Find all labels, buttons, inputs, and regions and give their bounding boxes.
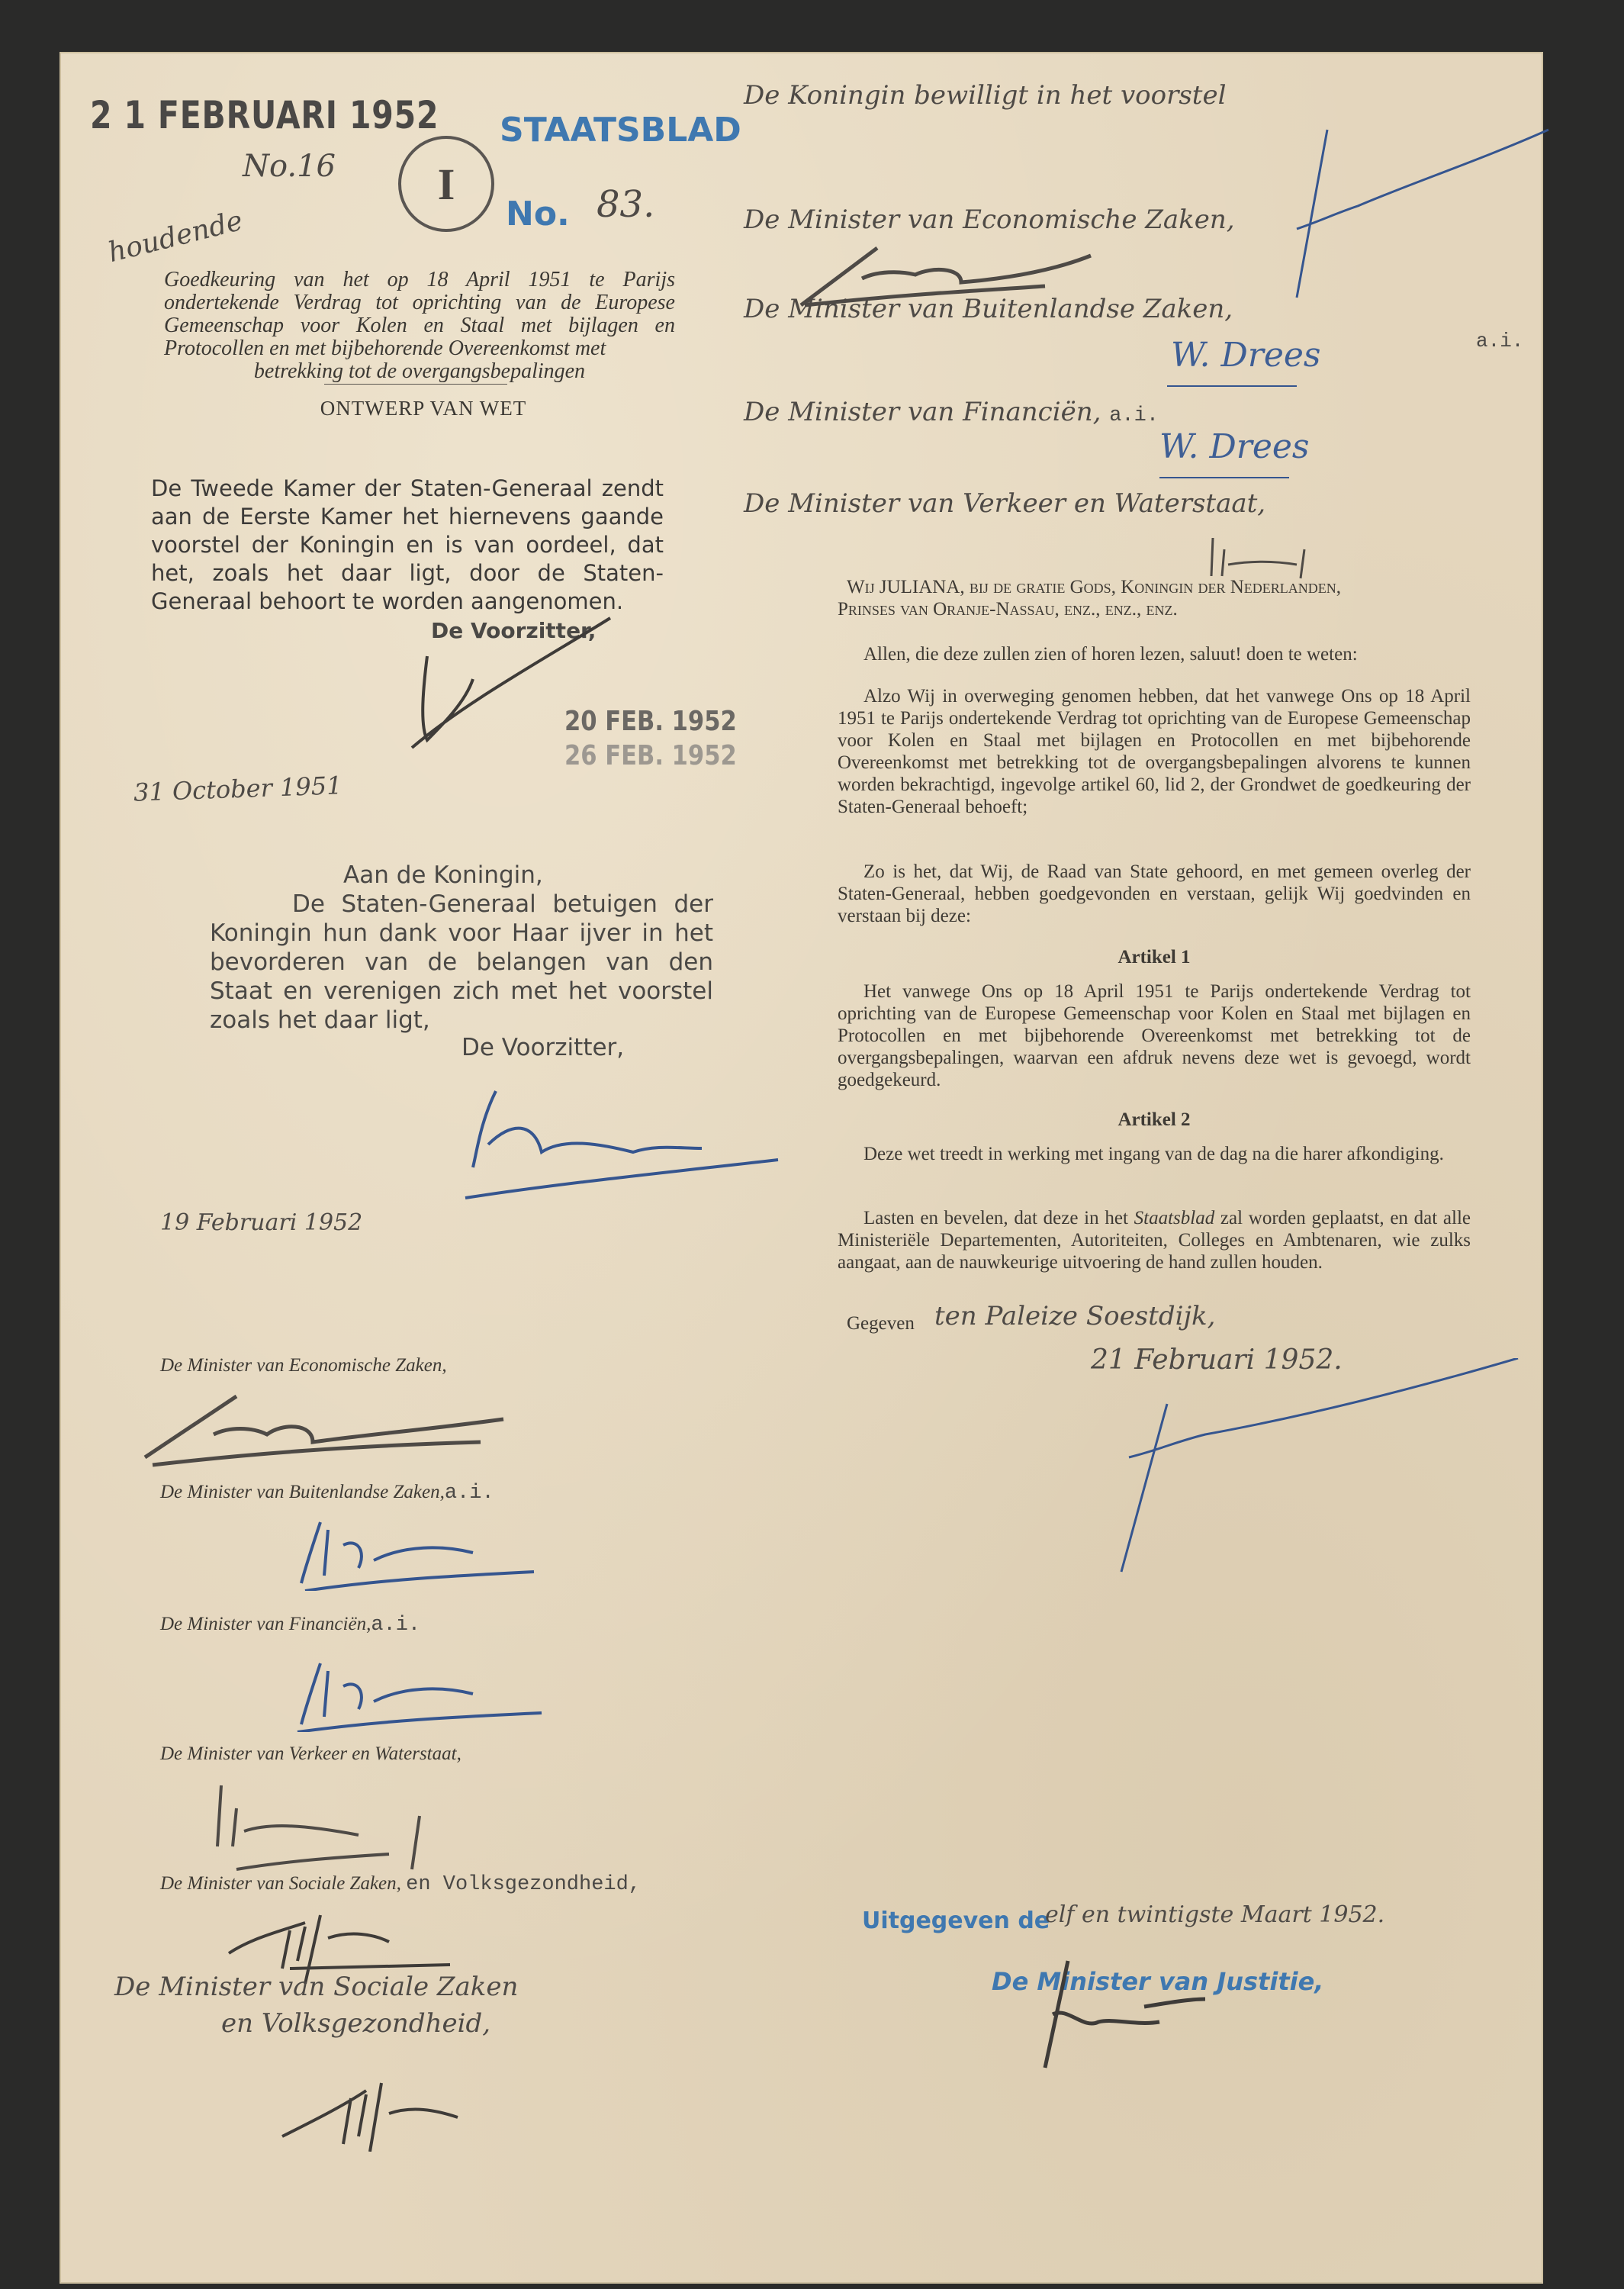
voorzitter-2-label: De Voorzitter, xyxy=(461,1033,624,1062)
artikel-1-title: Artikel 1 xyxy=(838,946,1471,968)
decree-greeting: Allen, die deze zullen zien of horen lez… xyxy=(838,643,1471,665)
tweede-kamer-text: De Tweede Kamer der Staten-Generaal zend… xyxy=(151,475,664,616)
minister-economische-zaken-label: De Minister van Economische Zaken, xyxy=(160,1355,447,1376)
eerste-kamer-text: De Staten-Generaal betuigen der Koningin… xyxy=(210,890,713,1035)
handwritten-economische-zaken: De Minister van Economische Zaken, xyxy=(744,204,1235,235)
voorzitter-2-signature-icon xyxy=(450,1076,786,1213)
artikel-1-text: Het vanwege Ons op 18 April 1951 te Pari… xyxy=(838,980,1471,1091)
receipt-stamp-1: 20 FEB. 1952 xyxy=(564,706,737,737)
decree-considering: Alzo Wij in overweging genomen hebben, d… xyxy=(838,685,1471,818)
drees-signature-right-2: W. Drees xyxy=(1159,427,1309,466)
artikel-2-title: Artikel 2 xyxy=(838,1109,1471,1131)
handwritten-number: No.16 xyxy=(243,149,336,184)
ontwerp-heading: ONTWERP VAN WET xyxy=(252,397,595,420)
verkeer-signature-right-icon xyxy=(1205,534,1327,580)
receipt-stamp-2: 26 FEB. 1952 xyxy=(564,740,737,771)
eerste-kamer-date: 19 Februari 1952 xyxy=(160,1209,362,1236)
subject-last-line: betrekking tot de overgangsbepalingen xyxy=(164,360,675,383)
uitgegeven-label: Uitgegeven de xyxy=(862,1907,1050,1934)
subject-text: Goedkeuring van het op 18 April 1951 te … xyxy=(164,268,675,360)
buitenlandse-ai: a.i. xyxy=(1476,330,1523,353)
economische-zaken-signature-icon xyxy=(137,1389,519,1473)
no-label: No. xyxy=(506,195,570,233)
justitie-signature-icon xyxy=(992,1953,1236,2075)
drees-underline-1 xyxy=(1167,385,1297,387)
drees-underline-2 xyxy=(1159,477,1289,478)
handwritten-verkeer-waterstaat: De Minister van Verkeer en Waterstaat, xyxy=(744,488,1265,519)
minister-verkeer-waterstaat-label: De Minister van Verkeer en Waterstaat, xyxy=(160,1743,461,1765)
given-label: Gegeven xyxy=(847,1312,915,1334)
decree-preamble: Wij JULIANA, bij de gratie Gods, Koningi… xyxy=(838,576,1448,620)
minister-sociale-zaken-label: De Minister van Sociale Zaken, en Volksg… xyxy=(160,1873,641,1896)
drees-signature-right-1: W. Drees xyxy=(1171,336,1320,375)
handwritten-financien: De Minister van Financiën, a.i. xyxy=(744,397,1159,427)
artikel-2-text: Deze wet treedt in werking met ingang va… xyxy=(838,1143,1471,1165)
date-stamp: 2 1 FEBRUARI 1952 xyxy=(90,93,439,137)
koningin-signature-blue-icon xyxy=(1220,114,1556,305)
given-place: ten Paleize Soestdijk, xyxy=(934,1301,1215,1331)
handwritten-buitenlandse-zaken: De Minister van Buitenlandse Zaken, xyxy=(744,294,1233,324)
verkeer-waterstaat-signature-icon xyxy=(206,1778,458,1877)
minister-financien-label: De Minister van Financiën,a.i. xyxy=(160,1614,420,1637)
drees-signature-1-icon xyxy=(290,1515,549,1591)
decree-enacting: Zo is het, dat Wij, de Raad van State ge… xyxy=(838,861,1471,927)
uitgegeven-date: elf en twintigste Maart 1952. xyxy=(1045,1901,1384,1928)
drees-signature-2-icon xyxy=(290,1656,549,1732)
aan-de-koningin: Aan de Koningin, xyxy=(343,861,543,890)
staatsblad-stamp: STAATSBLAD xyxy=(500,111,741,150)
handwritten-koningin-line: De Koningin bewilligt in het voorstel xyxy=(744,80,1226,111)
sociale-zaken-signature-2-icon xyxy=(275,2075,519,2152)
decree-closing: Lasten en bevelen, dat deze in het Staat… xyxy=(838,1207,1471,1273)
koningin-signature-icon xyxy=(1098,1358,1526,1587)
handwritten-sociale-zaken: De Minister van Sociale Zaken en Volksge… xyxy=(114,1969,518,2042)
minister-buitenlandse-zaken-label: De Minister van Buitenlandse Zaken,a.i. xyxy=(160,1482,494,1505)
staatsblad-number: 83. xyxy=(597,183,654,226)
divider xyxy=(324,384,507,385)
subject-block: Goedkeuring van het op 18 April 1951 te … xyxy=(164,269,675,383)
circle-mark: I xyxy=(398,136,494,232)
